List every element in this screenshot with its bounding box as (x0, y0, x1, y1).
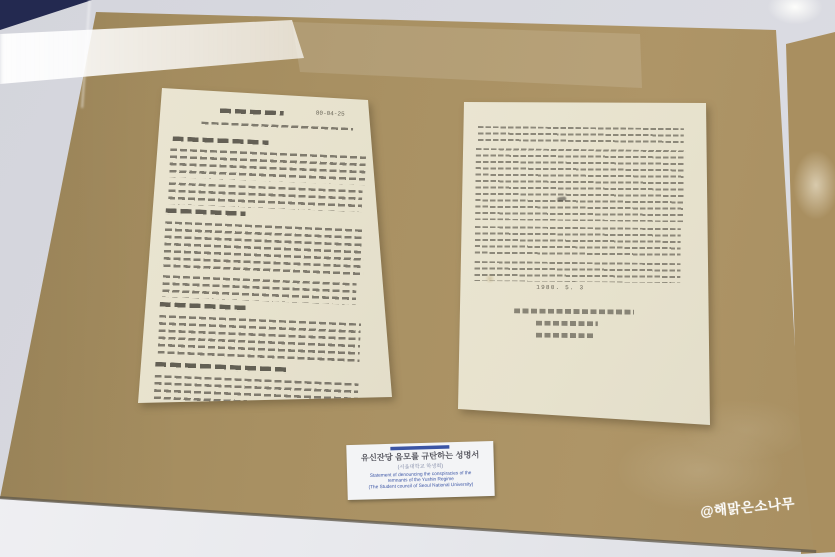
handwritten-paragraph (157, 315, 361, 366)
typed-paragraph (478, 126, 684, 143)
right-document: 1980. 5. 3 (452, 92, 714, 430)
typed-paragraph (475, 226, 681, 257)
handwritten-paragraph (163, 221, 365, 279)
right-document-paper: 1980. 5. 3 (452, 92, 714, 430)
handwritten-heading (155, 362, 289, 374)
handwritten-heading (172, 136, 268, 146)
handwritten-title-stroke (220, 108, 284, 117)
handwritten-paragraph (162, 275, 357, 305)
exhibit-label-content: 유신잔당 음모를 규탄하는 성명서 (서울대학교 학생회) Statement … (346, 441, 494, 500)
handwritten-text-block: 80-04-25 (153, 106, 369, 414)
typed-date: 1980. 5. 3 (536, 285, 584, 292)
typed-paragraph (475, 148, 686, 222)
handwritten-subtitle-line (201, 121, 353, 134)
left-document: 80-04-25 (136, 84, 394, 406)
signature-line (514, 308, 634, 314)
light-reflection-blob (793, 150, 835, 220)
handwritten-date-note: 80-04-25 (316, 110, 345, 118)
typed-text-block: 1980. 5. 3 (473, 126, 690, 408)
handwritten-heading (160, 302, 248, 312)
typed-paragraph (474, 261, 680, 283)
handwritten-paragraph (169, 148, 366, 185)
paper-stain (484, 274, 495, 283)
signature-line (536, 321, 598, 326)
label-accent-bar (390, 445, 449, 450)
signature-line (536, 333, 594, 338)
exhibit-label-plaque: 유신잔당 음모를 규탄하는 성명서 (서울대학교 학생회) Statement … (346, 441, 494, 500)
ceiling-light-reflection (765, 0, 825, 26)
handwritten-paragraph (168, 182, 363, 212)
left-document-paper: 80-04-25 (136, 84, 394, 406)
museum-exhibit-photo: 80-04-25 1980. 5. 3 (0, 0, 835, 557)
handwritten-heading (165, 208, 245, 217)
